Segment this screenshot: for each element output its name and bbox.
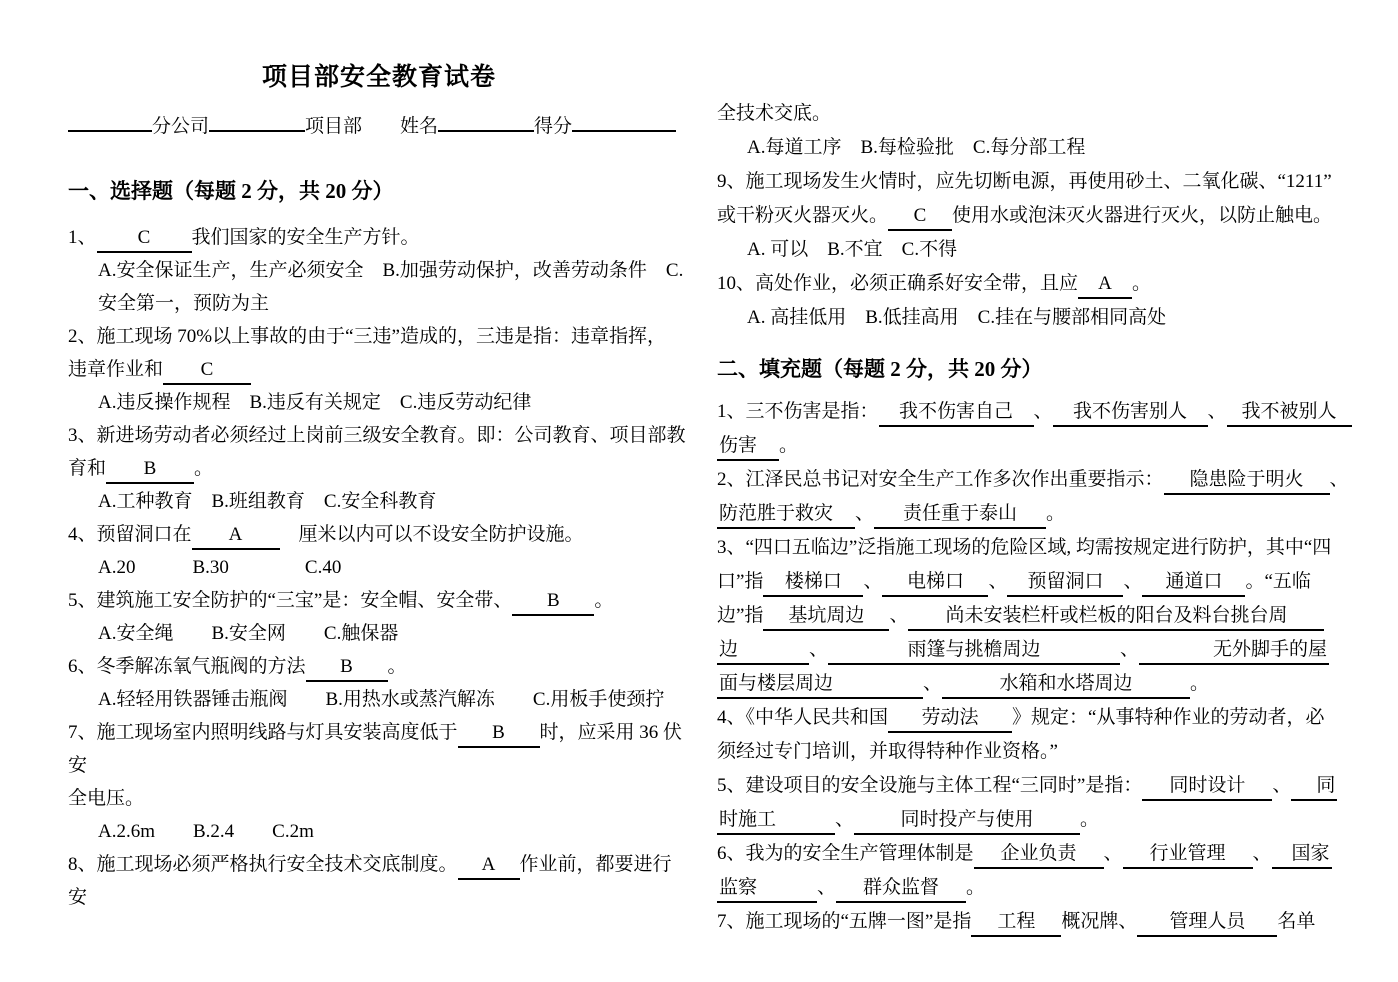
mc-q1: 1、C我们国家的安全生产方针。 [68, 221, 690, 254]
text-run: 3、“四口五临边”泛指施工现场的危险区域, 均需按规定进行防护，其中“四 [717, 537, 1331, 558]
fill-q5-line-2: 时施工、同时投产与使用。 [717, 803, 1365, 837]
text-run: 。 [1080, 809, 1099, 830]
text-run: 边”指 [717, 605, 763, 626]
answer-blank: 群众监督 [836, 874, 966, 903]
answer-blank: 边 [717, 636, 809, 665]
text-run: 7、施工现场室内照明线路与灯具安装高度低于 [68, 722, 458, 743]
answer-blank: 企业负责 [974, 840, 1104, 869]
blank-score [572, 130, 676, 132]
mc-q2-line-1: 2、施工现场 70%以上事故的由于“三违”造成的，三违是指：违章指挥， [68, 320, 690, 353]
text-run: 。 [1046, 503, 1065, 524]
text-run: 我们国家的安全生产方针。 [192, 227, 420, 248]
answer-blank: B [512, 587, 594, 616]
answer-blank: B [106, 455, 194, 484]
answer-blank: C [888, 202, 952, 231]
answer-blank: 水箱和水塔周边 [942, 670, 1190, 699]
text-run: 一、选择题（每题 2 分，共 20 分） [68, 179, 394, 203]
blank-name [438, 130, 534, 132]
mc-q7-options: A.2.6m B.2.4 C.2m [68, 815, 690, 848]
text-run: 概况牌、 [1061, 911, 1137, 932]
text-run: 、 [855, 503, 874, 524]
answer-blank: A [1078, 270, 1132, 299]
text-run: 5、建筑施工安全防护的“三宝”是：安全帽、安全带、 [68, 590, 512, 611]
doc-title: 项目部安全教育试卷 [68, 56, 690, 100]
mc-q8-line-2: 全技术交底。 [717, 97, 1365, 131]
text-run: 6、我为的安全生产管理体制是 [717, 843, 974, 864]
mc-q3-line-1: 3、新进场劳动者必须经过上岗前三级安全教育。即：公司教育、项目部教 [68, 419, 690, 452]
right-column: 全技术交底。A.每道工序 B.每检验批 C.每分部工程9、施工现场发生火情时，应… [717, 97, 1365, 939]
text-run: 。 [594, 590, 613, 611]
text-run: 4、预留洞口在 [68, 524, 192, 545]
text-run: 3、新进场劳动者必须经过上岗前三级安全教育。即：公司教育、项目部教 [68, 425, 686, 446]
text-run: A.工种教育 B.班组教育 C.安全科教育 [98, 491, 436, 512]
mc-q4: 4、预留洞口在A 厘米以内可以不设安全防护设施。 [68, 518, 690, 551]
text-run: 分公司 [152, 116, 209, 137]
section-2-heading: 二、填充题（每题 2 分，共 20 分） [717, 351, 1365, 387]
text-run: A.违反操作规程 B.违反有关规定 C.违反劳动纪律 [98, 392, 531, 413]
text-run: 。 [779, 435, 798, 456]
answer-blank: 无外脚手的屋 [1139, 636, 1329, 665]
mc-q8-line-1: 8、施工现场必须严格执行安全技术交底制度。A作业前，都要进行安 [68, 848, 690, 914]
answer-blank: 隐患险于明火 [1164, 466, 1330, 495]
text-run: 二、填充题（每题 2 分，共 20 分） [717, 357, 1043, 381]
text-run: 、 [1104, 843, 1123, 864]
mc-q10: 10、高处作业，必须正确系好安全带，且应A。 [717, 267, 1365, 301]
text-run: 。 [194, 458, 213, 479]
text-run: A.每道工序 B.每检验批 C.每分部工程 [747, 137, 1085, 158]
mc-q9-line-2: 或干粉灭火器灭火。C使用水或泡沫灭火器进行灭火，以防止触电。 [717, 199, 1365, 233]
answer-blank: 尚未安装栏杆或栏板的阳台及料台挑台周 [908, 602, 1324, 631]
text-run: 。“五临 [1245, 571, 1310, 592]
text-run: 须经过专门培训，并取得特种作业资格。” [717, 741, 1058, 762]
text-run: 、 [1123, 571, 1142, 592]
section-1-heading: 一、选择题（每题 2 分，共 20 分） [68, 173, 690, 209]
mc-q3-line-2: 育和B。 [68, 452, 690, 485]
text-run: A. 可以 B.不宜 C.不得 [747, 239, 957, 260]
text-run: 。 [1132, 273, 1151, 294]
text-run: A.安全绳 B.安全网 C.触保器 [98, 623, 398, 644]
text-run: 、 [988, 571, 1007, 592]
text-run: 、 [1034, 401, 1053, 422]
text-run: 口”指 [717, 571, 763, 592]
text-run: A.轻轻用铁器锤击瓶阀 B.用热水或蒸汽解冻 C.用板手使颈拧 [98, 689, 664, 710]
text-run: 违章作业和 [68, 359, 163, 380]
fill-q2-line-2: 防范胜于救灾、责任重于泰山。 [717, 497, 1365, 531]
mc-q2-line-2: 违章作业和C [68, 353, 690, 386]
text-run: 10、高处作业，必须正确系好安全带，且应 [717, 273, 1078, 294]
text-run: 4、《中华人民共和国 [717, 707, 888, 728]
fill-q3-line-1: 3、“四口五临边”泛指施工现场的危险区域, 均需按规定进行防护，其中“四 [717, 531, 1365, 565]
fill-q3-line-4: 边、雨篷与挑檐周边、无外脚手的屋 [717, 633, 1365, 667]
answer-blank: 伤害 [717, 432, 779, 461]
text-run: 。 [1190, 673, 1209, 694]
mc-q3-options: A.工种教育 B.班组教育 C.安全科教育 [68, 485, 690, 518]
fill-q3-line-3: 边”指基坑周边、尚未安装栏杆或栏板的阳台及料台挑台周 [717, 599, 1365, 633]
text-run: 6、冬季解冻氧气瓶阀的方法 [68, 656, 306, 677]
fill-q7: 7、施工现场的“五牌一图”是指工程概况牌、管理人员名单 [717, 905, 1365, 939]
text-run: 厘米以内可以不设安全防护设施。 [280, 524, 584, 545]
fill-q4-line-1: 4、《中华人民共和国劳动法》规定：“从事特种作业的劳动者，必 [717, 701, 1365, 735]
answer-blank: 我不伤害别人 [1053, 398, 1208, 427]
answer-blank: B [458, 719, 540, 748]
fill-q6-line-1: 6、我为的安全生产管理体制是企业负责、行业管理、国家 [717, 837, 1365, 871]
answer-blank: 行业管理 [1123, 840, 1253, 869]
exam-paper-page: 项目部安全教育试卷分公司项目部 姓名得分一、选择题（每题 2 分，共 20 分）… [0, 0, 1398, 982]
fill-q5-line-1: 5、建设项目的安全设施与主体工程“三同时”是指：同时设计、同 [717, 769, 1365, 803]
answer-blank: 工程 [971, 908, 1061, 937]
fill-q3-line-2: 口”指楼梯口、电梯口、预留洞口、通道口。“五临 [717, 565, 1365, 599]
text-run: 。 [388, 656, 407, 677]
text-run: 1、三不伤害是指： [717, 401, 879, 422]
text-run: A. 高挂低用 B.低挂高用 C.挂在与腰部相同高处 [747, 307, 1166, 328]
mc-q6-options: A.轻轻用铁器锤击瓶阀 B.用热水或蒸汽解冻 C.用板手使颈拧 [68, 683, 690, 716]
mc-q7-line-2: 全电压。 [68, 782, 690, 815]
answer-blank: 同时投产与使用 [854, 806, 1080, 835]
answer-blank: 劳动法 [888, 704, 1012, 733]
mc-q4-options: A.20 B.30 C.40 [68, 551, 690, 584]
answer-blank: 楼梯口 [763, 568, 863, 597]
fill-q3-line-5: 面与楼层周边、水箱和水塔周边。 [717, 667, 1365, 701]
blank-branch-company [68, 130, 152, 132]
text-run: 5、建设项目的安全设施与主体工程“三同时”是指： [717, 775, 1142, 796]
answer-blank: A [192, 521, 280, 550]
mc-q8-options: A.每道工序 B.每检验批 C.每分部工程 [717, 131, 1365, 165]
text-run: 、 [1272, 775, 1291, 796]
answer-blank: 通道口 [1142, 568, 1245, 597]
text-run: 、 [835, 809, 854, 830]
text-run: 使用水或泡沫灭火器进行灭火，以防止触电。 [952, 205, 1332, 226]
text-run: 、 [1120, 639, 1139, 660]
text-run: 1、 [68, 227, 97, 248]
mc-q1-options-cont: 安全第一，预防为主 [68, 287, 690, 320]
text-run: 项目部 姓名 [305, 116, 438, 137]
answer-blank: 雨篷与挑檐周边 [828, 636, 1120, 665]
text-run: 育和 [68, 458, 106, 479]
text-run: 项目部安全教育试卷 [262, 64, 496, 91]
text-run: 、 [1253, 843, 1272, 864]
mc-q1-options: A.安全保证生产，生产必须安全 B.加强劳动保护，改善劳动条件 C. [68, 254, 690, 287]
mc-q9-line-1: 9、施工现场发生火情时，应先切断电源，再使用砂土、二氧化碳、“1211” [717, 165, 1365, 199]
mc-q9-options: A. 可以 B.不宜 C.不得 [717, 233, 1365, 267]
answer-blank: 责任重于泰山 [874, 500, 1046, 529]
answer-blank: A [458, 851, 520, 880]
mc-q2-options: A.违反操作规程 B.违反有关规定 C.违反劳动纪律 [68, 386, 690, 419]
blank-project-dept [209, 130, 305, 132]
text-run: 2、施工现场 70%以上事故的由于“三违”造成的，三违是指：违章指挥， [68, 326, 666, 347]
answer-blank: 监察 [717, 874, 817, 903]
mc-q5: 5、建筑施工安全防护的“三宝”是：安全帽、安全带、B。 [68, 584, 690, 617]
text-run: 、 [1208, 401, 1227, 422]
answer-blank: B [306, 653, 388, 682]
text-run: 8、施工现场必须严格执行安全技术交底制度。 [68, 854, 458, 875]
text-run: 、 [809, 639, 828, 660]
text-run: 2、江泽民总书记对安全生产工作多次作出重要指示： [717, 469, 1164, 490]
answer-blank: 电梯口 [882, 568, 988, 597]
answer-blank: 预留洞口 [1007, 568, 1123, 597]
fill-q6-line-2: 监察、群众监督。 [717, 871, 1365, 905]
text-run: 、 [863, 571, 882, 592]
text-run: 得分 [534, 116, 572, 137]
answer-blank: 国家 [1272, 840, 1332, 869]
text-run: 。 [966, 877, 985, 898]
text-run: 、 [817, 877, 836, 898]
left-column: 项目部安全教育试卷分公司项目部 姓名得分一、选择题（每题 2 分，共 20 分）… [68, 56, 690, 914]
answer-blank: 基坑周边 [763, 602, 889, 631]
mc-q5-options: A.安全绳 B.安全网 C.触保器 [68, 617, 690, 650]
text-run: 、 [889, 605, 908, 626]
text-run: A.20 B.30 C.40 [98, 557, 341, 578]
text-run: 名单 [1277, 911, 1315, 932]
answer-blank: C [97, 224, 192, 253]
answer-blank: C [163, 356, 251, 385]
text-run: 、 [923, 673, 942, 694]
answer-blank: 我不被别人 [1227, 398, 1352, 427]
answer-blank: 管理人员 [1137, 908, 1277, 937]
text-run: A.安全保证生产，生产必须安全 B.加强劳动保护，改善劳动条件 C. [98, 260, 683, 281]
answer-blank: 时施工 [717, 806, 835, 835]
header-line: 分公司项目部 姓名得分 [68, 110, 690, 143]
text-run: 9、施工现场发生火情时，应先切断电源，再使用砂土、二氧化碳、“1211” [717, 171, 1332, 192]
mc-q10-options: A. 高挂低用 B.低挂高用 C.挂在与腰部相同高处 [717, 301, 1365, 335]
fill-q1-line-1: 1、三不伤害是指：我不伤害自己、我不伤害别人、我不被别人 [717, 395, 1365, 429]
text-run: 、 [1330, 469, 1349, 490]
answer-blank: 同时设计 [1142, 772, 1272, 801]
text-run: 全电压。 [68, 788, 144, 809]
fill-q2-line-1: 2、江泽民总书记对安全生产工作多次作出重要指示：隐患险于明火、 [717, 463, 1365, 497]
answer-blank: 防范胜于救灾 [717, 500, 855, 529]
fill-q1-line-2: 伤害。 [717, 429, 1365, 463]
text-run: 或干粉灭火器灭火。 [717, 205, 888, 226]
answer-blank: 同 [1291, 772, 1337, 801]
text-run: 安全第一，预防为主 [98, 293, 269, 314]
answer-blank: 面与楼层周边 [717, 670, 923, 699]
fill-q4-line-2: 须经过专门培训，并取得特种作业资格。” [717, 735, 1365, 769]
answer-blank: 我不伤害自己 [879, 398, 1034, 427]
text-run: 7、施工现场的“五牌一图”是指 [717, 911, 971, 932]
text-run: 全技术交底。 [717, 103, 831, 124]
text-run: A.2.6m B.2.4 C.2m [98, 821, 314, 842]
text-run: 》规定：“从事特种作业的劳动者，必 [1012, 707, 1324, 728]
mc-q6: 6、冬季解冻氧气瓶阀的方法B。 [68, 650, 690, 683]
mc-q7-line-1: 7、施工现场室内照明线路与灯具安装高度低于B时，应采用 36 伏安 [68, 716, 690, 782]
